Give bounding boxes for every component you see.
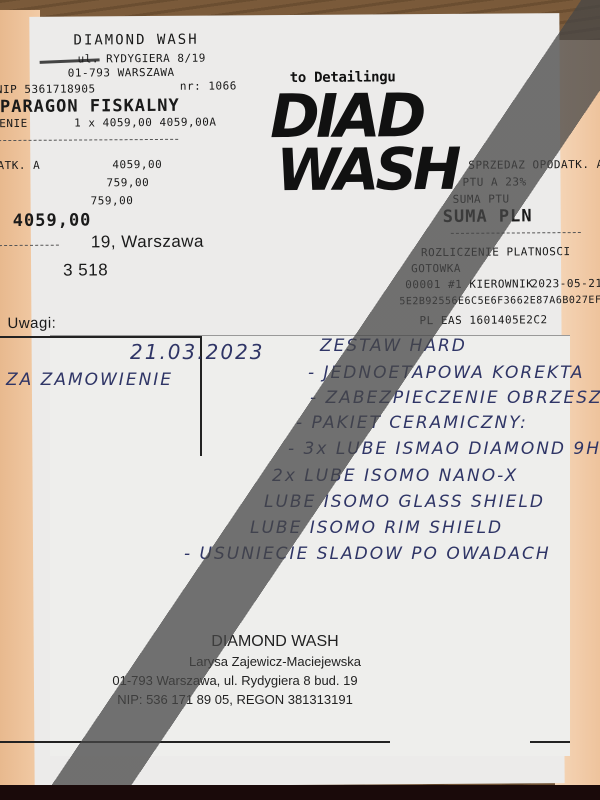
receipt-total-value: 4059,00 [13, 210, 92, 231]
receipt-address-1: ul. RYDYGIERA 8/19 [78, 52, 206, 66]
divider [0, 139, 178, 141]
handwritten-line-1: - JEDNOETAPOWA KOREKTA [308, 363, 585, 383]
bottom-edge [0, 785, 600, 800]
receipt-amount-1: 4059,00 [112, 158, 162, 171]
card-bottom-line [0, 741, 390, 743]
handwritten-line-8: - USUNIECIE SLADOW PO OWADACH [184, 544, 551, 564]
receipt-amount-3: 759,00 [91, 194, 134, 207]
receipt-city-line: 19, Warszawa [91, 232, 204, 253]
receipt-shop-name: DIAMOND WASH [73, 32, 198, 49]
receipt-tax-label-2: PTU A 23% [462, 175, 526, 188]
handwritten-line-6: LUBE ISOMO GLASS SHIELD [264, 492, 545, 512]
receipt-cashier: 00001 #1 KIEROWNIK [405, 277, 533, 291]
handwritten-header: ZESTAW HARD [320, 336, 467, 356]
receipt-hash: 5E2B92556E6C5E6F3662E87A6B027EFA0E3C1E [399, 295, 600, 308]
receipt-fiscal-id: PL EAS 1601405E2C2 [419, 313, 547, 327]
receipt-number: nr: 1066 [180, 79, 237, 92]
receipt-code-line: 3 518 [63, 260, 108, 280]
receipt-tax-label-3: SUMA PTU [453, 193, 510, 206]
divider [0, 245, 59, 246]
business-card: 21.03.2023 ZA ZAMOWIENIE ZESTAW HARD - J… [50, 335, 570, 756]
receipt-payment-label: ROZLICZENIE PLATNOSCI [421, 245, 571, 259]
card-company: DIAMOND WASH [130, 633, 420, 651]
card-bottom-line-right [530, 741, 570, 743]
handwritten-left-note: ZA ZAMOWIENIE [6, 370, 173, 390]
receipt-item-label: ZENIE [0, 117, 28, 130]
receipt-address-2: 01-793 WARSZAWA [68, 66, 175, 80]
card-top-border [0, 336, 200, 338]
receipt-item-line: 1 x 4059,00 4059,00A [74, 116, 217, 130]
receipt-tax-fragment: DATK. A [0, 159, 40, 172]
card-owner: Larysa Zajewicz-Maciejewska [130, 654, 420, 669]
card-ids: NIP: 536 171 89 05, REGON 381313191 [20, 692, 450, 707]
receipt-timestamp: 2023-05-21 [531, 277, 600, 290]
receipt-title: PARAGON FISKALNY [0, 96, 180, 117]
handwritten-line-2: - ZABEZPIECZENIE OBRZESZACH [310, 388, 600, 408]
card-address: 01-793 Warszawa, ul. Rydygiera 8 bud. 19 [20, 673, 450, 688]
receipt-tax-label-1: SPRZEDAZ OPODATK. A [468, 158, 600, 172]
receipt-nip: NIP 5361718905 [0, 82, 96, 96]
handwritten-line-3: - PAKIET CERAMICZNY: [296, 413, 528, 433]
receipt-notes-label: Uwagi: [7, 315, 56, 332]
handwritten-line-4: - 3x LUBE ISMAO DIAMOND 9H [288, 439, 600, 459]
receipt-payment-method: GOTOWKA [411, 262, 461, 275]
receipt-total-label: SUMA PLN [443, 206, 533, 227]
receipt-amount-2: 759,00 [106, 176, 149, 189]
handwritten-line-7: LUBE ISOMO RIM SHIELD [250, 518, 503, 538]
handwritten-line-5: 2x LUBE ISOMO NANO-X [272, 466, 518, 486]
handwritten-date: 21.03.2023 [130, 340, 265, 364]
